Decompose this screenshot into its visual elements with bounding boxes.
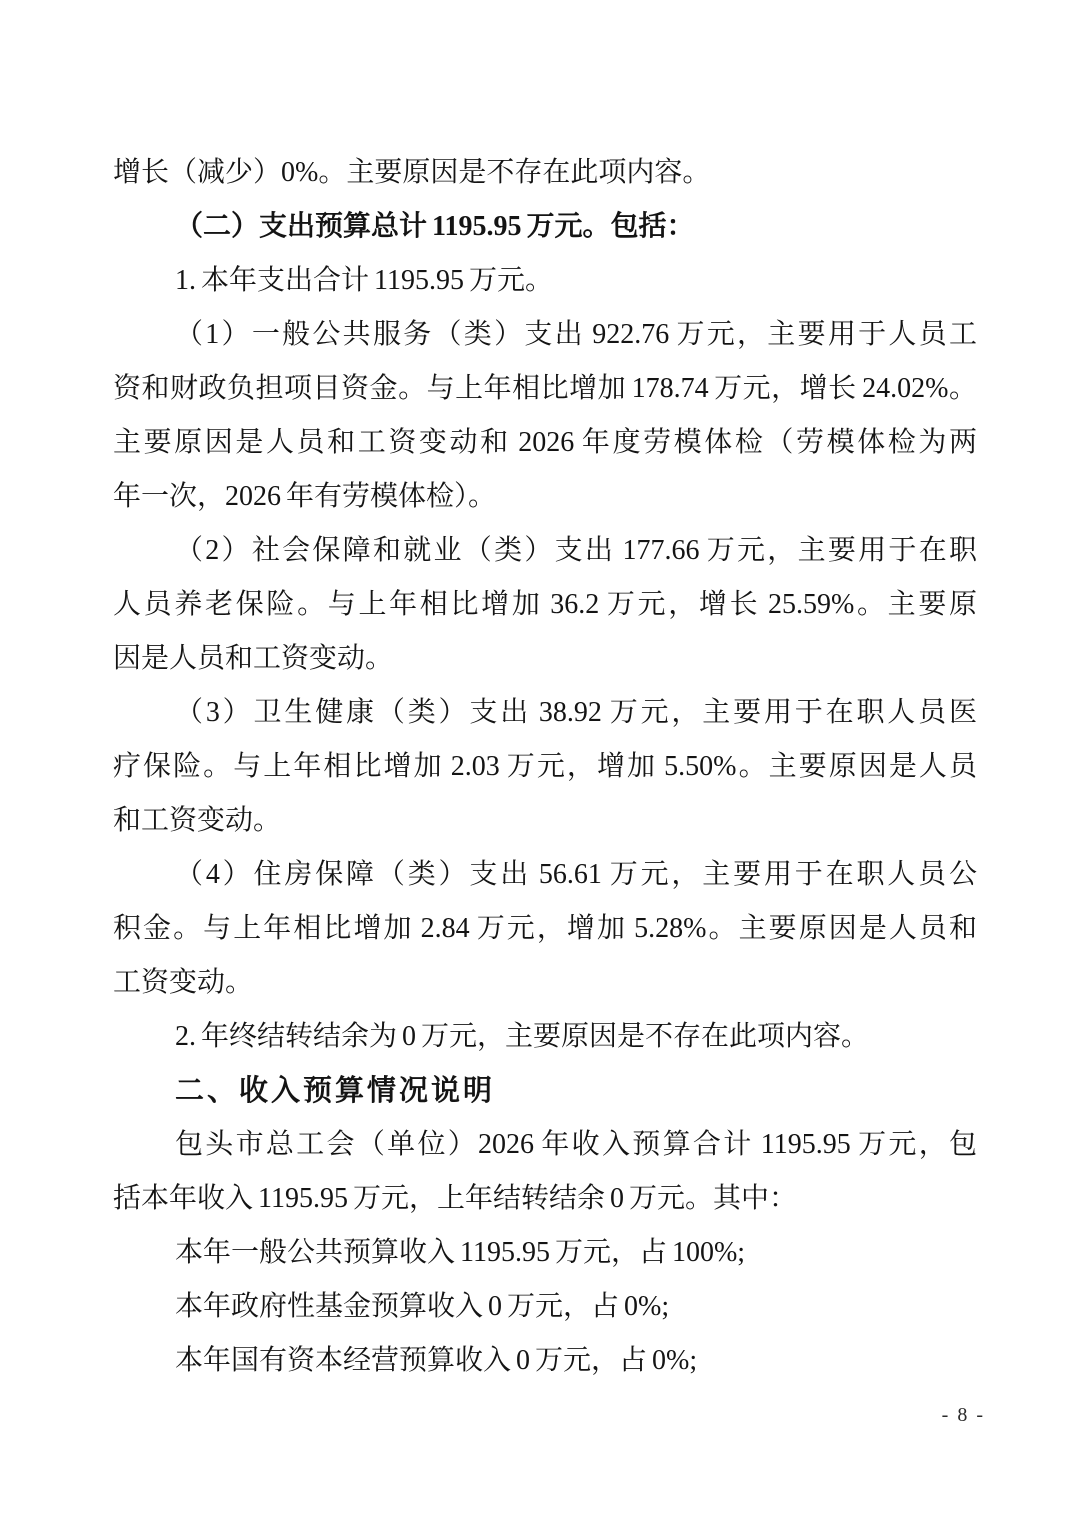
text-line: 本年一般公共预算收入 1195.95 万元，占 100%;	[113, 1226, 977, 1280]
text-line: 人员养老保险。与上年相比增加 36.2 万元，增长 25.59%。主要原	[113, 578, 977, 632]
text-line: （2）社会保障和就业（类）支出 177.66 万元，主要用于在职	[113, 524, 977, 578]
text-line: 因是人员和工资变动。	[113, 632, 977, 686]
text-line: 本年政府性基金预算收入 0 万元，占 0%;	[113, 1280, 977, 1334]
text-line: 二、收入预算情况说明	[113, 1064, 977, 1118]
text-line: （二）支出预算总计 1195.95 万元。包括：	[113, 200, 977, 254]
text-line: （1）一般公共服务（类）支出 922.76 万元，主要用于人员工	[113, 308, 977, 362]
document-page: 增长（减少）0%。主要原因是不存在此项内容。（二）支出预算总计 1195.95 …	[0, 0, 1075, 1520]
text-line: 包头市总工会（单位）2026 年收入预算合计 1195.95 万元，包	[113, 1118, 977, 1172]
text-line: 积金。与上年相比增加 2.84 万元，增加 5.28%。主要原因是人员和	[113, 902, 977, 956]
text-line: 括本年收入 1195.95 万元，上年结转结余 0 万元。其中：	[113, 1172, 977, 1226]
text-line: 年一次，2026 年有劳模体检）。	[113, 470, 977, 524]
text-line: 疗保险。与上年相比增加 2.03 万元，增加 5.50%。主要原因是人员	[113, 740, 977, 794]
text-line: （4）住房保障（类）支出 56.61 万元，主要用于在职人员公	[113, 848, 977, 902]
document-body: 增长（减少）0%。主要原因是不存在此项内容。（二）支出预算总计 1195.95 …	[113, 146, 977, 1388]
text-line: 资和财政负担项目资金。与上年相比增加 178.74 万元，增长 24.02%。	[113, 362, 977, 416]
text-line: 1. 本年支出合计 1195.95 万元。	[113, 254, 977, 308]
text-line: 工资变动。	[113, 956, 977, 1010]
text-line: 增长（减少）0%。主要原因是不存在此项内容。	[113, 146, 977, 200]
text-line: 和工资变动。	[113, 794, 977, 848]
text-line: 本年国有资本经营预算收入 0 万元，占 0%;	[113, 1334, 977, 1388]
text-line: 主要原因是人员和工资变动和 2026 年度劳模体检（劳模体检为两	[113, 416, 977, 470]
text-line: （3）卫生健康（类）支出 38.92 万元，主要用于在职人员医	[113, 686, 977, 740]
page-number: - 8 -	[942, 1404, 985, 1427]
text-line: 2. 年终结转结余为 0 万元，主要原因是不存在此项内容。	[113, 1010, 977, 1064]
